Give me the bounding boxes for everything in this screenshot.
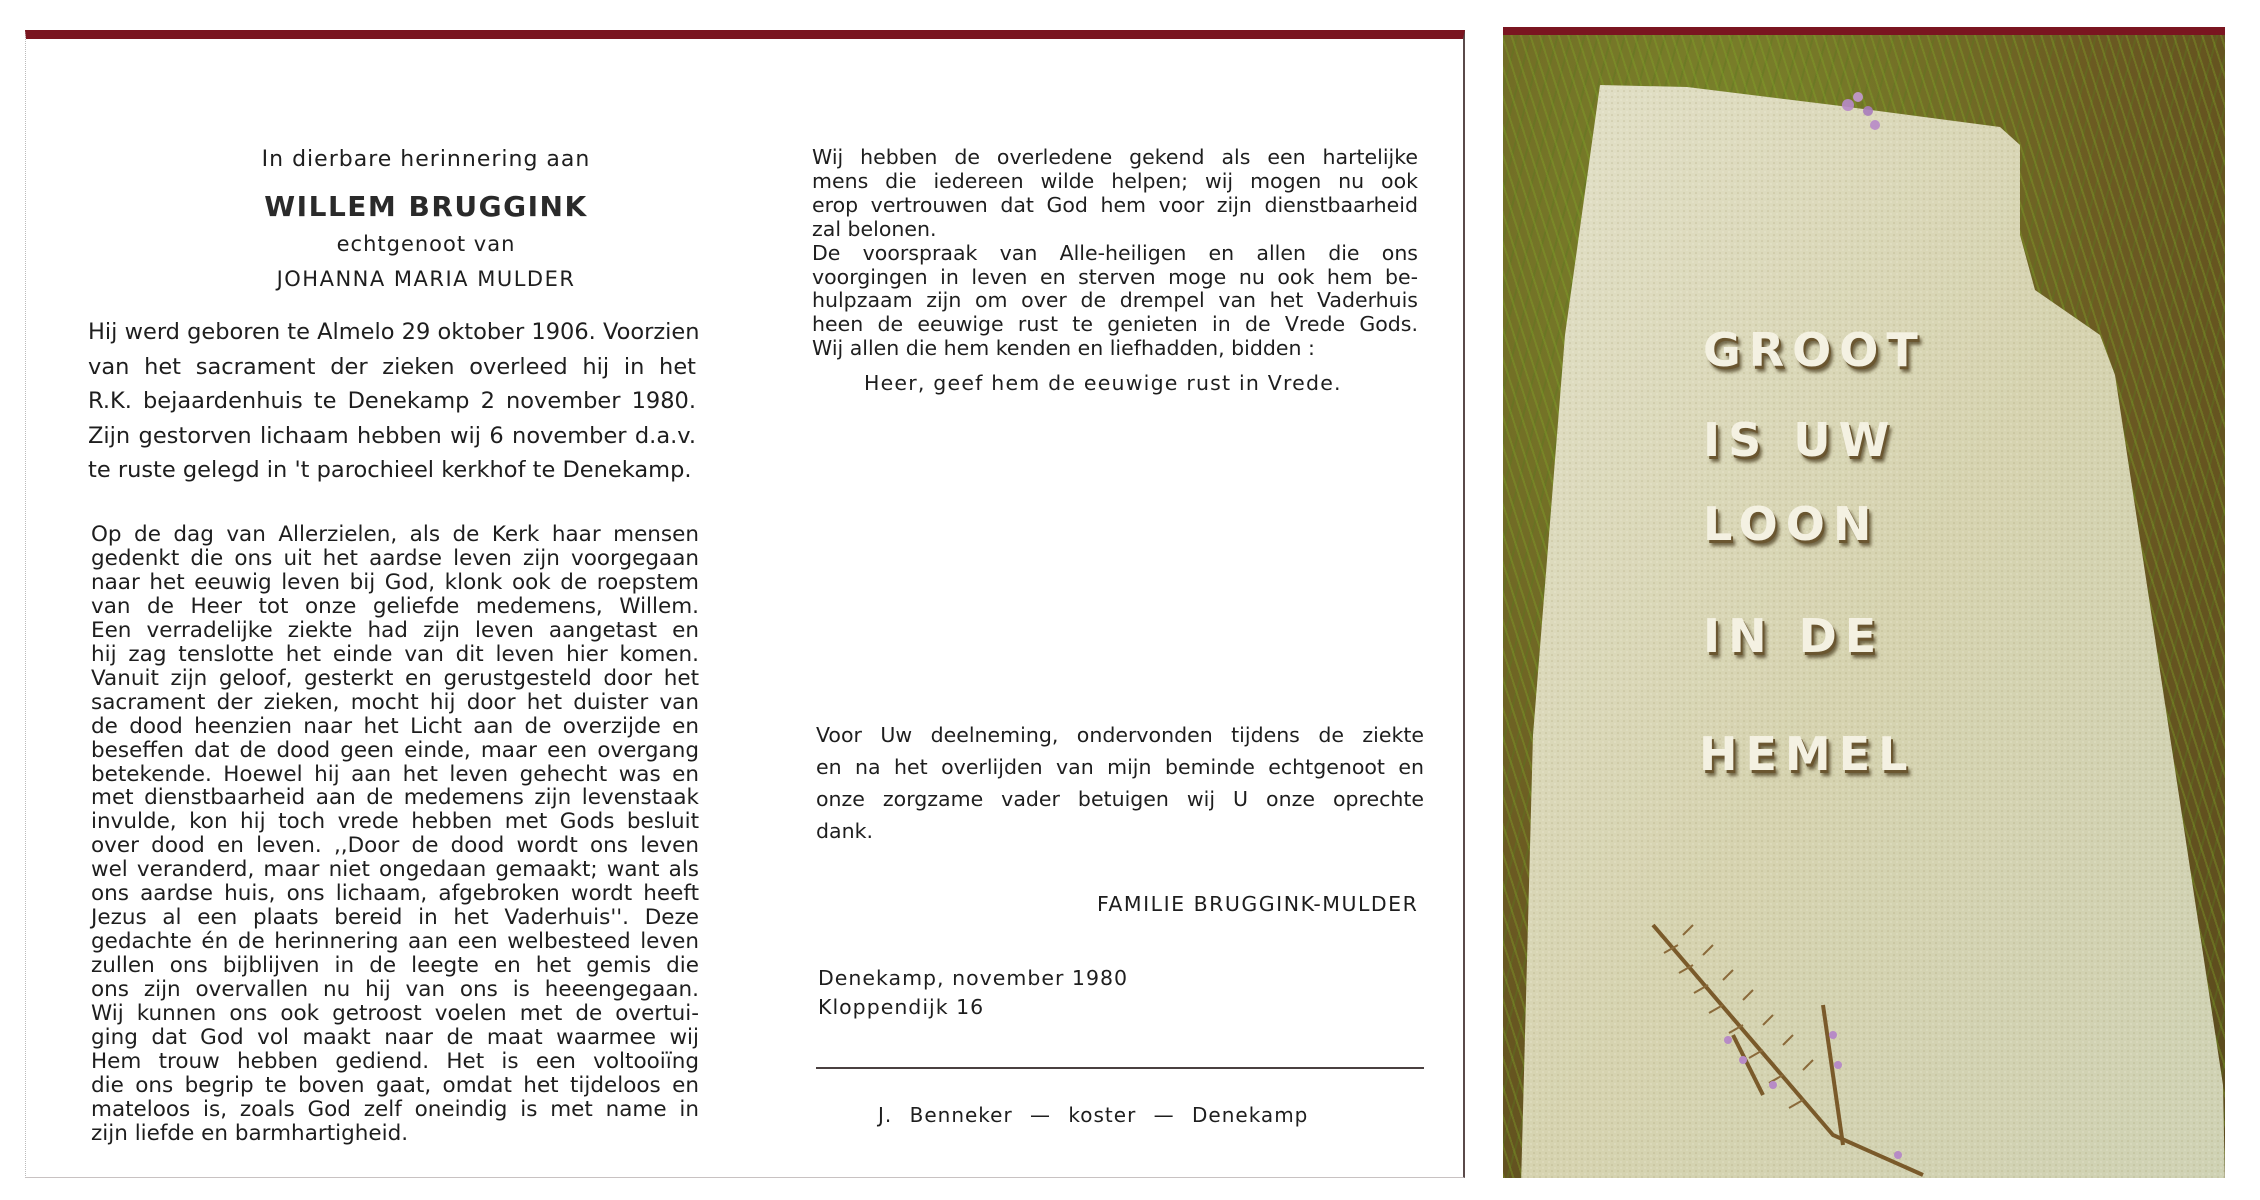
divider-line [816, 1067, 1424, 1069]
intro-line: In dierbare herinnering aan [236, 147, 616, 172]
text-line: over dood en leven. ,,Door de dood wordt… [91, 834, 699, 858]
text-line: De voorspraak van Alle-heiligen en allen… [812, 242, 1418, 266]
text-line: R.K. bejaardenhuis te Denekamp 2 novembe… [88, 384, 696, 419]
text-line: invulde, kon hij toch vrede hebben met G… [91, 810, 699, 834]
text-line: hulpzaam zijn om over de drempel van het… [812, 289, 1418, 313]
text-line: Jezus al een plaats bereid in het Vaderh… [91, 906, 699, 930]
text-line: de dood heenzien naar het Licht aan de o… [91, 715, 699, 739]
memorial-photo-card: GROOT IS UW LOON IN DE HEMEL [1503, 27, 2225, 1178]
inscription-line: GROOT [1703, 323, 1926, 377]
text-line: naar het eeuwig leven bij God, klonk ook… [91, 571, 699, 595]
text-line: gedachte én de herinnering aan een welbe… [91, 930, 699, 954]
text-line: zijn liefde en barmhartigheid. [91, 1122, 699, 1146]
text-line: Op de dag van Allerzielen, als de Kerk h… [91, 523, 699, 547]
text-line: Voor Uw deelneming, ondervonden tijdens … [816, 719, 1424, 751]
text-line: sacrament der zieken, mocht hij door het… [91, 691, 699, 715]
text-line: onze zorgzame vader betuigen wij U onze … [816, 783, 1424, 815]
printer-credit: J. Benneker — koster — Denekamp [878, 1103, 1308, 1127]
place-date: Denekamp, november 1980 [818, 966, 1128, 990]
text-line: Een verradelijke ziekte had zijn leven a… [91, 619, 699, 643]
memorial-card-text-page: In dierbare herinnering aan WILLEM BRUGG… [25, 30, 1465, 1178]
text-line: wel veranderd, maar niet ongedaan gemaak… [91, 858, 699, 882]
deceased-name: WILLEM BRUGGINK [236, 190, 616, 223]
text-line: erop vertrouwen dat God hem voor zijn di… [812, 194, 1418, 218]
text-line: met dienstbaarheid aan de medemens zijn … [91, 786, 699, 810]
relation-line: echtgenoot van [236, 232, 616, 256]
inscription-line: IN DE [1703, 609, 1884, 663]
text-line: beseffen dat de dood geen einde, maar ee… [91, 739, 699, 763]
meditation-paragraph: Op de dag van Allerzielen, als de Kerk h… [91, 523, 699, 1146]
text-line: Hem trouw hebben gediend. Het is een vol… [91, 1050, 699, 1074]
text-line: van het sacrament der zieken overleed hi… [88, 350, 696, 385]
text-line: mateloos is, zoals God zelf oneindig is … [91, 1098, 699, 1122]
text-line: gedenkt die ons uit het aardse leven zij… [91, 547, 699, 571]
text-line: Hij werd geboren te Almelo 29 oktober 19… [88, 315, 696, 350]
thanks-paragraph: Voor Uw deelneming, ondervonden tijdens … [816, 719, 1424, 847]
text-line: ons aardse huis, ons lichaam, afgebroken… [91, 882, 699, 906]
grave-stone-image [1503, 35, 2225, 1178]
inscription-line: HEMEL [1699, 727, 1915, 781]
text-line: heen de eeuwige rust te genieten in de V… [812, 313, 1418, 337]
inscription-line: IS UW [1703, 413, 1897, 467]
prayer-line: Heer, geef hem de eeuwige rust in Vrede. [864, 371, 1342, 395]
text-line: zal belonen. [812, 218, 1418, 242]
spouse-name: JOHANNA MARIA MULDER [236, 267, 616, 291]
text-line: ging dat God vol maakt naar de maat waar… [91, 1026, 699, 1050]
biography-paragraph: Hij werd geboren te Almelo 29 oktober 19… [88, 315, 696, 488]
family-signature: FAMILIE BRUGGINK-MULDER [1097, 892, 1418, 916]
text-line: ons zijn overvallen nu hij van ons is he… [91, 978, 699, 1002]
text-line: hij zag tenslotte het einde van dit leve… [91, 643, 699, 667]
text-line: Wij hebben de overledene gekend als een … [812, 146, 1418, 170]
address: Kloppendijk 16 [818, 995, 984, 1019]
text-line: voorgingen in leven en sterven moge nu o… [812, 266, 1418, 290]
text-line: Wij allen die hem kenden en liefhadden, … [812, 337, 1418, 361]
text-line: betekende. Hoewel hij aan het leven gehe… [91, 763, 699, 787]
text-line: dank. [816, 815, 1424, 847]
text-line: Vanuit zijn geloof, gesterkt en gerustge… [91, 667, 699, 691]
text-line: Wij kunnen ons ook getroost voelen met d… [91, 1002, 699, 1026]
text-line: zullen ons bijblijven in de leegte en he… [91, 954, 699, 978]
inscription-line: LOON [1703, 497, 1879, 551]
tribute-paragraph: Wij hebben de overledene gekend als een … [812, 146, 1418, 361]
text-line: van de Heer tot onze geliefde medemens, … [91, 595, 699, 619]
text-line: te ruste gelegd in 't parochieel kerkhof… [88, 453, 696, 488]
text-line: Zijn gestorven lichaam hebben wij 6 nove… [88, 419, 696, 454]
text-line: die ons begrip te boven gaat, omdat het … [91, 1074, 699, 1098]
text-line: mens die iedereen wilde helpen; wij moge… [812, 170, 1418, 194]
text-line: en na het overlijden van mijn beminde ec… [816, 751, 1424, 783]
